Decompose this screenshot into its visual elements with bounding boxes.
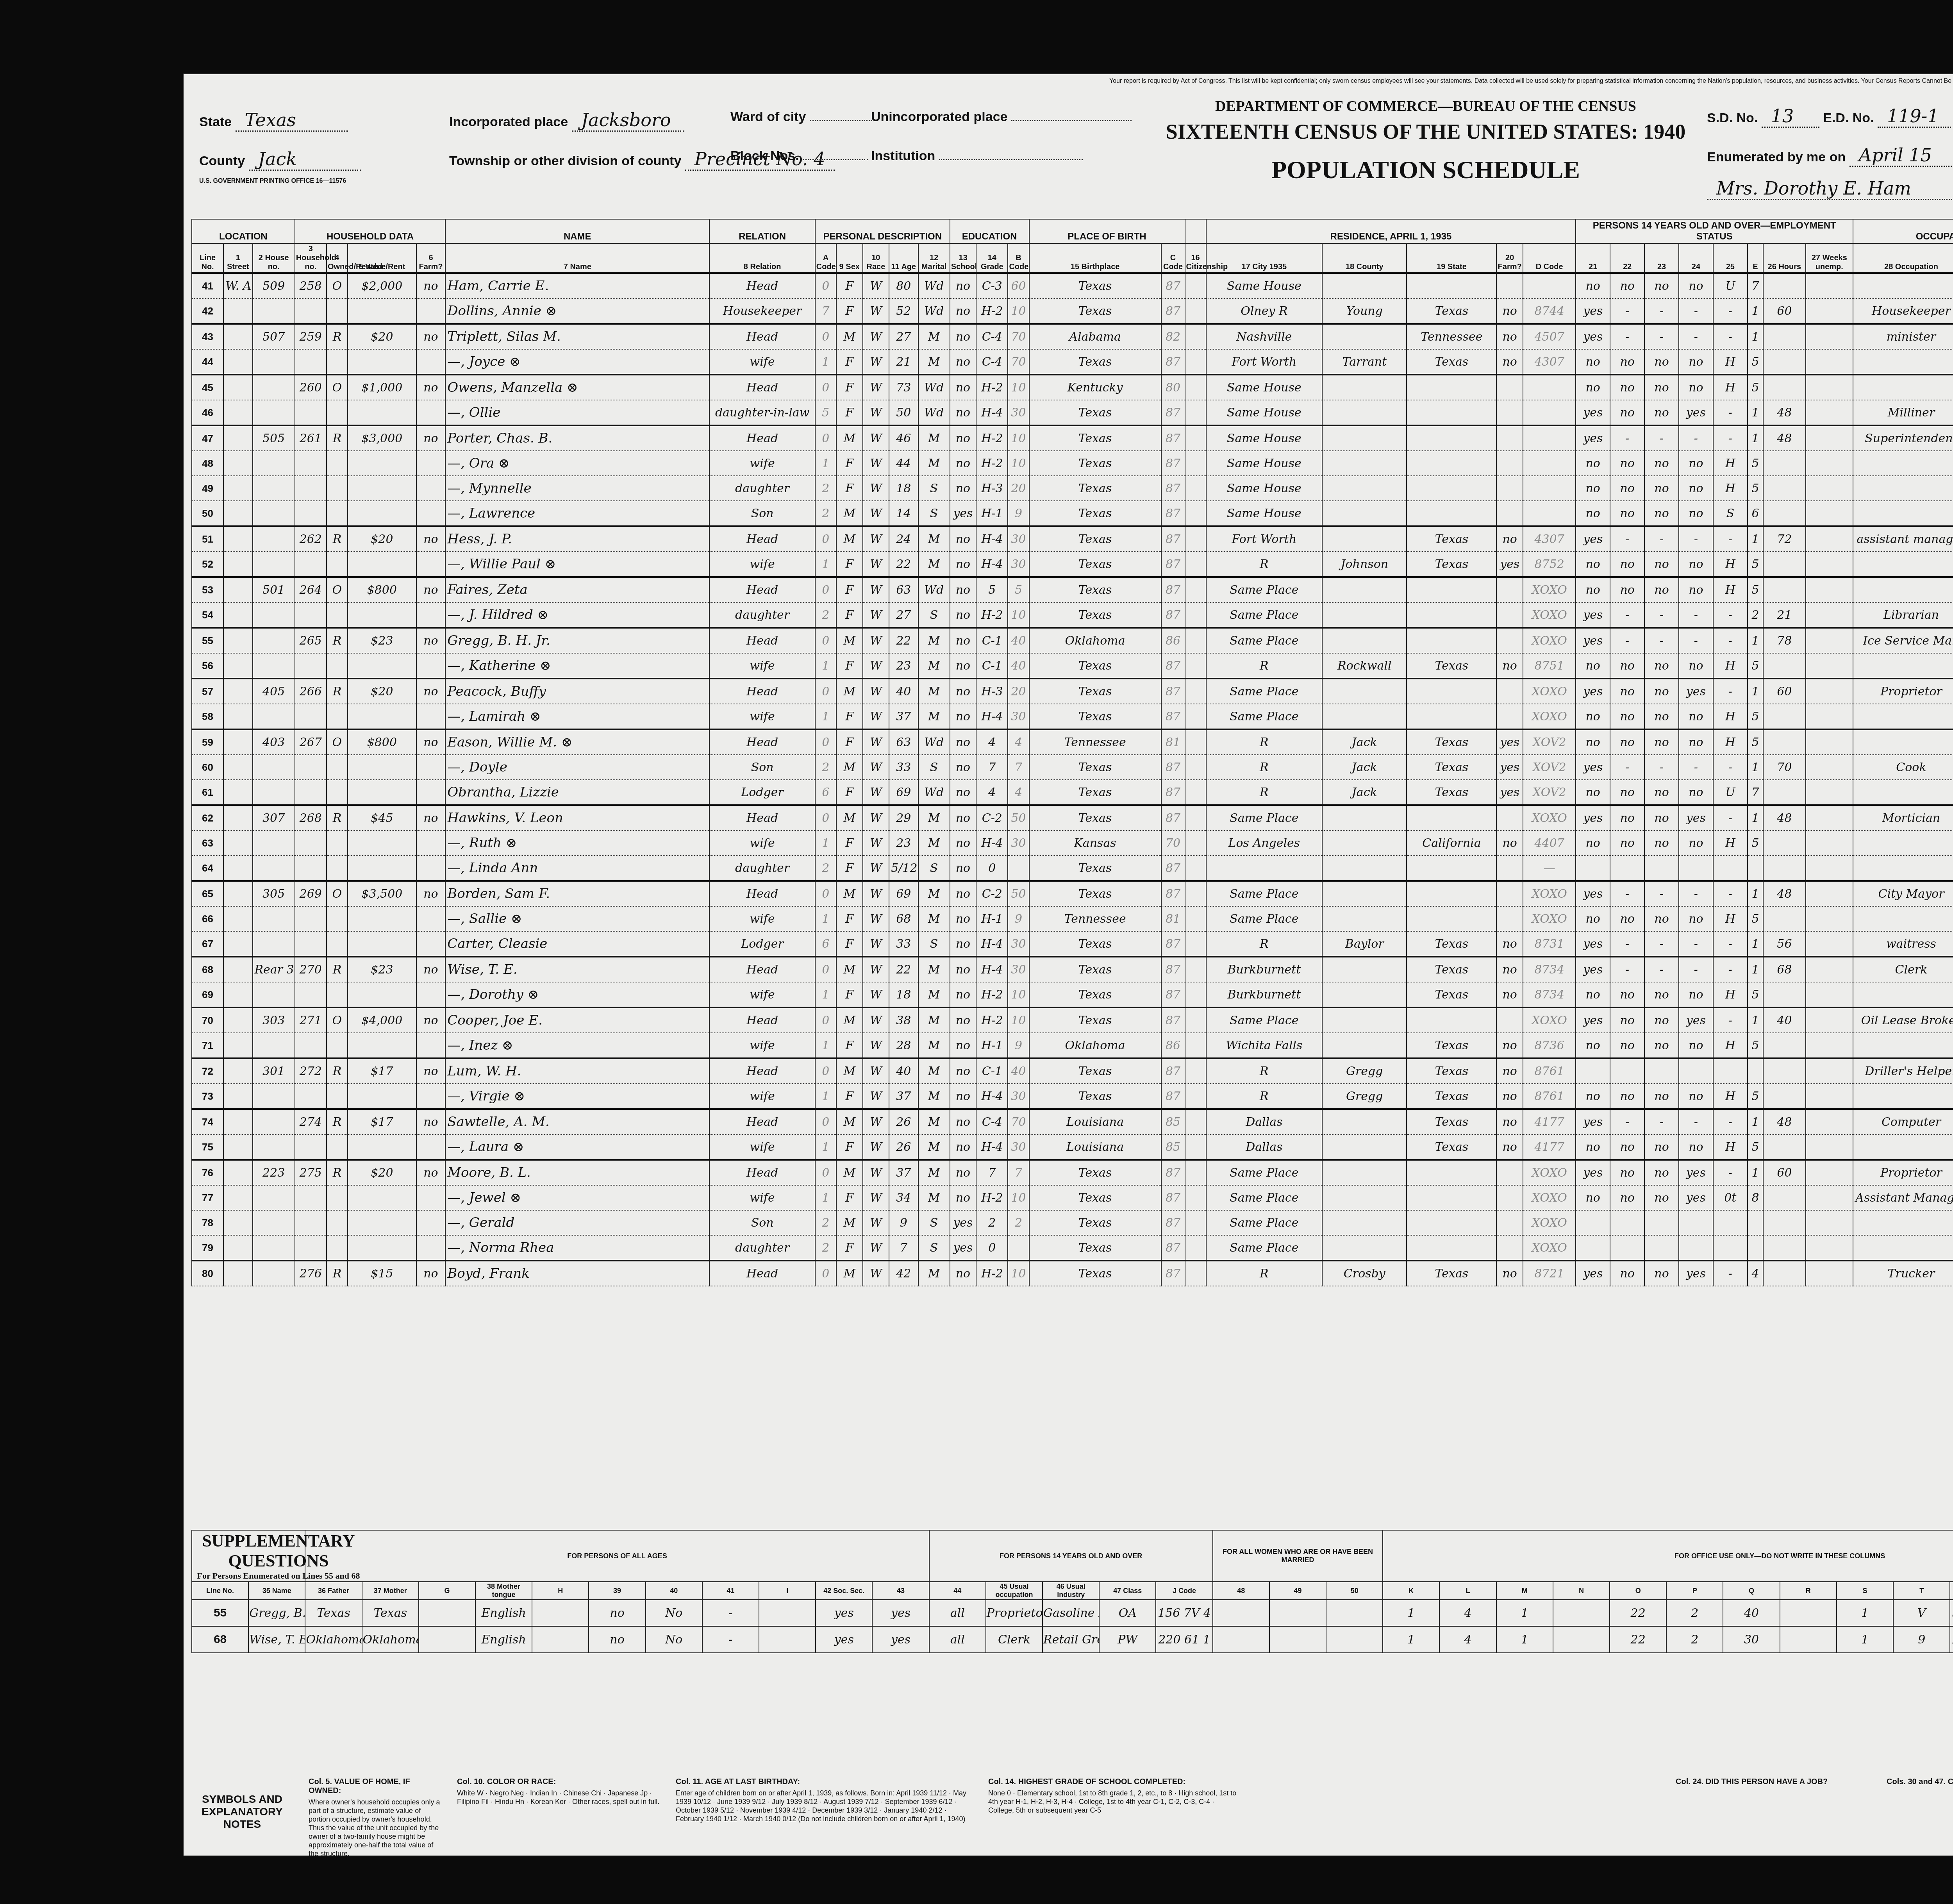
table-row: 69—, Dorothy ⊗wife1FW18MnoH-210Texas87Bu… bbox=[192, 982, 1953, 1007]
cell-name: —, Dorothy ⊗ bbox=[445, 982, 709, 1007]
cell-house bbox=[253, 755, 295, 780]
cell-d: XOXO bbox=[1523, 906, 1576, 931]
cell-grade: H-4 bbox=[976, 831, 1008, 856]
cell-a: 6 bbox=[815, 931, 836, 957]
cell-line: 43 bbox=[192, 324, 223, 349]
cell-house: 405 bbox=[253, 679, 295, 704]
cell-age: 18 bbox=[889, 476, 918, 501]
cell-street bbox=[223, 704, 252, 729]
cell-race: W bbox=[863, 501, 889, 526]
cell-c22: no bbox=[1610, 831, 1644, 856]
cell-d: 8761 bbox=[1523, 1084, 1576, 1109]
cell-county bbox=[1322, 628, 1407, 653]
cell-d: 4307 bbox=[1523, 349, 1576, 375]
cell-rfarm: no bbox=[1496, 324, 1523, 349]
cell-res: Wichita Falls bbox=[1206, 1033, 1323, 1058]
cell-c23: - bbox=[1644, 602, 1679, 628]
supp-cell-k: 1 bbox=[1383, 1626, 1439, 1653]
cell-own: R bbox=[327, 526, 348, 552]
cell-sch: no bbox=[950, 324, 976, 349]
cell-c21: no bbox=[1576, 273, 1610, 298]
cell-d: XOXO bbox=[1523, 628, 1576, 653]
cell-sch: no bbox=[950, 400, 976, 425]
cell-sch: no bbox=[950, 1185, 976, 1210]
cell-farm bbox=[416, 755, 445, 780]
cell-cit bbox=[1185, 1185, 1206, 1210]
cell-own: R bbox=[327, 1109, 348, 1134]
cell-sch: no bbox=[950, 1109, 976, 1134]
supp-column-header: 45 Usual occupation bbox=[986, 1582, 1043, 1600]
cell-c24: no bbox=[1679, 831, 1713, 856]
cell-sex: M bbox=[836, 501, 863, 526]
cell-c23: - bbox=[1644, 1109, 1679, 1134]
cell-house bbox=[253, 1185, 295, 1210]
cell-b: 70 bbox=[1008, 1109, 1029, 1134]
cell-d: XOXO bbox=[1523, 805, 1576, 831]
cell-c25: H bbox=[1713, 577, 1748, 602]
supp-cell-l: 4 bbox=[1439, 1626, 1496, 1653]
cell-state: Texas bbox=[1407, 931, 1496, 957]
cell-d bbox=[1523, 501, 1576, 526]
cell-wks bbox=[1806, 375, 1853, 400]
cell-rfarm: no bbox=[1496, 349, 1523, 375]
cell-own bbox=[327, 1210, 348, 1235]
cell-rel: wife bbox=[709, 552, 815, 577]
cell-e: 5 bbox=[1748, 1033, 1764, 1058]
cell-e: 1 bbox=[1748, 628, 1764, 653]
cell-rfarm: no bbox=[1496, 298, 1523, 324]
cell-c: 87 bbox=[1161, 451, 1185, 476]
cell-hh bbox=[295, 653, 327, 679]
cell-race: W bbox=[863, 298, 889, 324]
cell-occ bbox=[1853, 1134, 1953, 1160]
cell-birth: Texas bbox=[1029, 602, 1161, 628]
cell-sex: F bbox=[836, 729, 863, 755]
cell-c21 bbox=[1576, 856, 1610, 881]
cell-line: 54 bbox=[192, 602, 223, 628]
cell-birth: Tennessee bbox=[1029, 906, 1161, 931]
cell-race: W bbox=[863, 602, 889, 628]
cell-wks bbox=[1806, 628, 1853, 653]
cell-e: 1 bbox=[1748, 298, 1764, 324]
cell-c25: H bbox=[1713, 552, 1748, 577]
cell-street bbox=[223, 1109, 252, 1134]
supp-cell-h bbox=[532, 1626, 589, 1653]
note-col10: Col. 10. COLOR OR RACE:White W · Negro N… bbox=[457, 1777, 660, 1806]
cell-c25: - bbox=[1713, 602, 1748, 628]
cell-rel: Head bbox=[709, 679, 815, 704]
cell-street bbox=[223, 679, 252, 704]
cell-c25: 0t bbox=[1713, 1185, 1748, 1210]
cell-hh bbox=[295, 982, 327, 1007]
cell-sch: no bbox=[950, 602, 976, 628]
cell-d: 4177 bbox=[1523, 1109, 1576, 1134]
cell-c23: - bbox=[1644, 324, 1679, 349]
group-personal: PERSONAL DESCRIPTION bbox=[815, 219, 950, 243]
cell-value bbox=[348, 982, 416, 1007]
cell-c: 87 bbox=[1161, 298, 1185, 324]
cell-house bbox=[253, 298, 295, 324]
cell-c: 82 bbox=[1161, 324, 1185, 349]
cell-own bbox=[327, 400, 348, 425]
cell-name: —, Joyce ⊗ bbox=[445, 349, 709, 375]
cell-own bbox=[327, 704, 348, 729]
cell-county bbox=[1322, 375, 1407, 400]
cell-wks bbox=[1806, 1235, 1853, 1261]
cell-rel: daughter bbox=[709, 602, 815, 628]
cell-cit bbox=[1185, 1033, 1206, 1058]
county-value: Jack bbox=[249, 148, 361, 171]
supp-cell-t: V bbox=[1893, 1600, 1950, 1626]
supp-cell-m: 1 bbox=[1496, 1626, 1553, 1653]
table-row: 49—, Mynnelledaughter2FW18SnoH-320Texas8… bbox=[192, 476, 1953, 501]
cell-state: Texas bbox=[1407, 298, 1496, 324]
cell-c25: - bbox=[1713, 1261, 1748, 1286]
cell-c23: - bbox=[1644, 881, 1679, 906]
cell-sch: no bbox=[950, 805, 976, 831]
cell-e: 5 bbox=[1748, 831, 1764, 856]
cell-b: 30 bbox=[1008, 1084, 1029, 1109]
supp-cell-c50 bbox=[1326, 1600, 1383, 1626]
cell-a: 1 bbox=[815, 552, 836, 577]
cell-grade: H-2 bbox=[976, 1185, 1008, 1210]
cell-d: XOXO bbox=[1523, 1235, 1576, 1261]
cell-own bbox=[327, 906, 348, 931]
cell-c25: H bbox=[1713, 451, 1748, 476]
cell-e bbox=[1748, 1058, 1764, 1084]
cell-sex: M bbox=[836, 881, 863, 906]
supplementary-columns: Line No.35 Name36 Father37 MotherG38 Mot… bbox=[192, 1582, 1953, 1600]
cell-sch: no bbox=[950, 831, 976, 856]
cell-c23: no bbox=[1644, 400, 1679, 425]
cell-race: W bbox=[863, 577, 889, 602]
cell-d bbox=[1523, 400, 1576, 425]
cell-cit bbox=[1185, 856, 1206, 881]
cell-cit bbox=[1185, 780, 1206, 805]
cell-value: $1,000 bbox=[348, 375, 416, 400]
cell-c24 bbox=[1679, 1235, 1713, 1261]
cell-house: Rear 305 bbox=[253, 957, 295, 982]
cell-own bbox=[327, 1033, 348, 1058]
cell-grade: H-4 bbox=[976, 526, 1008, 552]
cell-c23: - bbox=[1644, 628, 1679, 653]
cell-house: 507 bbox=[253, 324, 295, 349]
cell-wks bbox=[1806, 1261, 1853, 1286]
cell-age: 22 bbox=[889, 552, 918, 577]
cell-c21: yes bbox=[1576, 324, 1610, 349]
cell-house bbox=[253, 501, 295, 526]
cell-house bbox=[253, 526, 295, 552]
cell-b: 9 bbox=[1008, 906, 1029, 931]
cell-value: $20 bbox=[348, 1160, 416, 1185]
cell-birth: Texas bbox=[1029, 501, 1161, 526]
cell-a: 2 bbox=[815, 856, 836, 881]
cell-c24: - bbox=[1679, 957, 1713, 982]
cell-line: 63 bbox=[192, 831, 223, 856]
cell-c22 bbox=[1610, 1058, 1644, 1084]
cell-e: 5 bbox=[1748, 375, 1764, 400]
cell-c: 87 bbox=[1161, 526, 1185, 552]
table-row: 80276R$15noBoyd, FrankHead0MW42MnoH-210T… bbox=[192, 1261, 1953, 1286]
cell-street bbox=[223, 577, 252, 602]
cell-state: Texas bbox=[1407, 957, 1496, 982]
cell-cit bbox=[1185, 349, 1206, 375]
cell-sex: F bbox=[836, 856, 863, 881]
cell-e: 1 bbox=[1748, 755, 1764, 780]
table-row: 56—, Katherine ⊗wife1FW23MnoC-140Texas87… bbox=[192, 653, 1953, 679]
supp-cell-c41: - bbox=[702, 1600, 759, 1626]
cell-grade: H-4 bbox=[976, 1134, 1008, 1160]
cell-hh bbox=[295, 931, 327, 957]
cell-birth: Texas bbox=[1029, 298, 1161, 324]
cell-e: 8 bbox=[1748, 1185, 1764, 1210]
cell-house bbox=[253, 375, 295, 400]
cell-a: 2 bbox=[815, 476, 836, 501]
cell-own: R bbox=[327, 324, 348, 349]
cell-street bbox=[223, 1160, 252, 1185]
cell-mar: M bbox=[918, 805, 950, 831]
cell-age: 7 bbox=[889, 1235, 918, 1261]
cell-farm: no bbox=[416, 273, 445, 298]
cell-name: Triplett, Silas M. bbox=[445, 324, 709, 349]
cell-race: W bbox=[863, 400, 889, 425]
cell-d: — bbox=[1523, 856, 1576, 881]
cell-c23: no bbox=[1644, 349, 1679, 375]
cell-c23: - bbox=[1644, 957, 1679, 982]
supp-column-header: P bbox=[1666, 1582, 1723, 1600]
cell-name: —, Willie Paul ⊗ bbox=[445, 552, 709, 577]
cell-line: 68 bbox=[192, 957, 223, 982]
cell-res: Same Place bbox=[1206, 1210, 1323, 1235]
sheet-header: Your report is required by Act of Congre… bbox=[184, 74, 1953, 219]
cell-c: 87 bbox=[1161, 755, 1185, 780]
supp-column-header: U bbox=[1950, 1582, 1953, 1600]
cell-age: 73 bbox=[889, 375, 918, 400]
cell-occ bbox=[1853, 552, 1953, 577]
cell-c22: no bbox=[1610, 1185, 1644, 1210]
cell-state bbox=[1407, 679, 1496, 704]
cell-rel: wife bbox=[709, 982, 815, 1007]
cell-a: 2 bbox=[815, 602, 836, 628]
cell-b: 60 bbox=[1008, 273, 1029, 298]
group-location: LOCATION bbox=[192, 219, 295, 243]
cell-sex: F bbox=[836, 1134, 863, 1160]
cell-race: W bbox=[863, 653, 889, 679]
cell-hh bbox=[295, 1134, 327, 1160]
cell-e: 5 bbox=[1748, 577, 1764, 602]
cell-c24: - bbox=[1679, 324, 1713, 349]
cell-c23: no bbox=[1644, 1007, 1679, 1033]
cell-street bbox=[223, 1261, 252, 1286]
cell-name: Obrantha, Lizzie bbox=[445, 780, 709, 805]
cell-mar: M bbox=[918, 1058, 950, 1084]
supp-column-header: Q bbox=[1723, 1582, 1780, 1600]
cell-c: 87 bbox=[1161, 425, 1185, 451]
cell-occ: Assistant Manager bbox=[1853, 1185, 1953, 1210]
supplementary-rows: 55Gregg, B. H. Jr.TexasTexasEnglishnoNo-… bbox=[192, 1600, 1953, 1653]
cell-sex: F bbox=[836, 931, 863, 957]
cell-cit bbox=[1185, 1058, 1206, 1084]
incorporated-place-value: Jacksboro bbox=[572, 109, 684, 132]
cell-c: 80 bbox=[1161, 375, 1185, 400]
cell-line: 53 bbox=[192, 577, 223, 602]
cell-grade: H-2 bbox=[976, 1261, 1008, 1286]
cell-c: 87 bbox=[1161, 931, 1185, 957]
cell-rel: daughter bbox=[709, 856, 815, 881]
cell-grade: H-4 bbox=[976, 931, 1008, 957]
cell-county bbox=[1322, 273, 1407, 298]
cell-b: 4 bbox=[1008, 780, 1029, 805]
cell-d bbox=[1523, 476, 1576, 501]
cell-rfarm: yes bbox=[1496, 729, 1523, 755]
cell-birth: Texas bbox=[1029, 526, 1161, 552]
cell-a: 0 bbox=[815, 1109, 836, 1134]
cell-b: 10 bbox=[1008, 375, 1029, 400]
supp-cell-occ: Clerk bbox=[986, 1626, 1043, 1653]
cell-county: Young bbox=[1322, 298, 1407, 324]
supp-column-header: 43 bbox=[872, 1582, 929, 1600]
cell-wks bbox=[1806, 957, 1853, 982]
cell-b: 70 bbox=[1008, 324, 1029, 349]
cell-farm: no bbox=[416, 526, 445, 552]
cell-rfarm bbox=[1496, 451, 1523, 476]
cell-value: $17 bbox=[348, 1109, 416, 1134]
cell-e: 4 bbox=[1748, 1261, 1764, 1286]
explanatory-notes: SYMBOLS AND EXPLANATORY NOTES Col. 5. VA… bbox=[191, 1777, 1953, 1844]
cell-rel: Head bbox=[709, 324, 815, 349]
cell-sex: M bbox=[836, 755, 863, 780]
supp-cell-j: 220 61 1 bbox=[1156, 1626, 1212, 1653]
cell-e: 5 bbox=[1748, 906, 1764, 931]
cell-own bbox=[327, 349, 348, 375]
cell-county bbox=[1322, 602, 1407, 628]
census-title: SIXTEENTH CENSUS OF THE UNITED STATES: 1… bbox=[1133, 120, 1719, 144]
cell-street bbox=[223, 982, 252, 1007]
cell-c24: yes bbox=[1679, 805, 1713, 831]
cell-street: W. Archer bbox=[223, 273, 252, 298]
cell-value bbox=[348, 653, 416, 679]
incorporated-place-field: Incorporated place Jacksboro bbox=[449, 109, 684, 132]
cell-value bbox=[348, 602, 416, 628]
cell-cit bbox=[1185, 324, 1206, 349]
cell-hrs: 48 bbox=[1763, 881, 1805, 906]
supp-cell-p: 2 bbox=[1666, 1600, 1723, 1626]
cell-rel: Head bbox=[709, 273, 815, 298]
supp-cell-c42: yes bbox=[816, 1600, 872, 1626]
cell-own: R bbox=[327, 957, 348, 982]
cell-wks bbox=[1806, 931, 1853, 957]
cell-age: 63 bbox=[889, 577, 918, 602]
cell-rfarm: no bbox=[1496, 982, 1523, 1007]
cell-d: XOXO bbox=[1523, 1210, 1576, 1235]
cell-house: 301 bbox=[253, 1058, 295, 1084]
cell-rfarm bbox=[1496, 273, 1523, 298]
cell-c24: yes bbox=[1679, 679, 1713, 704]
cell-rel: wife bbox=[709, 1084, 815, 1109]
supp-cell-mother: Oklahoma bbox=[362, 1626, 419, 1653]
cell-e: 5 bbox=[1748, 704, 1764, 729]
cell-sex: F bbox=[836, 831, 863, 856]
cell-grade: C-4 bbox=[976, 349, 1008, 375]
cell-c23: no bbox=[1644, 451, 1679, 476]
cell-farm bbox=[416, 501, 445, 526]
cell-hrs bbox=[1763, 451, 1805, 476]
cell-c22: no bbox=[1610, 704, 1644, 729]
cell-c24: no bbox=[1679, 1134, 1713, 1160]
cell-street bbox=[223, 349, 252, 375]
cell-hrs: 40 bbox=[1763, 1007, 1805, 1033]
table-row: 60—, DoyleSon2MW33Sno77Texas87RJackTexas… bbox=[192, 755, 1953, 780]
cell-c21: yes bbox=[1576, 1160, 1610, 1185]
cell-age: 29 bbox=[889, 805, 918, 831]
cell-mar: M bbox=[918, 653, 950, 679]
cell-county bbox=[1322, 324, 1407, 349]
cell-hrs bbox=[1763, 273, 1805, 298]
cell-birth: Texas bbox=[1029, 1084, 1161, 1109]
cell-cit bbox=[1185, 957, 1206, 982]
cell-rfarm bbox=[1496, 400, 1523, 425]
cell-c22: - bbox=[1610, 957, 1644, 982]
cell-e: 1 bbox=[1748, 805, 1764, 831]
cell-line: 66 bbox=[192, 906, 223, 931]
cell-state bbox=[1407, 805, 1496, 831]
cell-county bbox=[1322, 476, 1407, 501]
cell-res: Same House bbox=[1206, 273, 1323, 298]
cell-mar: Wd bbox=[918, 729, 950, 755]
cell-rfarm: no bbox=[1496, 931, 1523, 957]
cell-grade: H-1 bbox=[976, 1033, 1008, 1058]
cell-d: 8744 bbox=[1523, 298, 1576, 324]
cell-c21 bbox=[1576, 1058, 1610, 1084]
table-row: 41W. Archer509258O$2,000noHam, Carrie E.… bbox=[192, 273, 1953, 298]
cell-sex: F bbox=[836, 577, 863, 602]
cell-wks bbox=[1806, 552, 1853, 577]
cell-a: 0 bbox=[815, 324, 836, 349]
cell-cit bbox=[1185, 1134, 1206, 1160]
supp-cell-c44: all bbox=[929, 1626, 986, 1653]
group-citizenship bbox=[1185, 219, 1206, 243]
cell-c25: U bbox=[1713, 273, 1748, 298]
cell-name: Moore, B. L. bbox=[445, 1160, 709, 1185]
cell-c25: H bbox=[1713, 375, 1748, 400]
cell-state bbox=[1407, 628, 1496, 653]
supp-cell-q: 30 bbox=[1723, 1626, 1780, 1653]
cell-c22: no bbox=[1610, 1033, 1644, 1058]
cell-hh bbox=[295, 780, 327, 805]
cell-rel: daughter bbox=[709, 1235, 815, 1261]
cell-a: 1 bbox=[815, 451, 836, 476]
cell-c21: yes bbox=[1576, 881, 1610, 906]
cell-wks bbox=[1806, 602, 1853, 628]
cell-grade: C-3 bbox=[976, 273, 1008, 298]
cell-birth: Texas bbox=[1029, 1058, 1161, 1084]
cell-house: 403 bbox=[253, 729, 295, 755]
cell-county bbox=[1322, 1160, 1407, 1185]
cell-county bbox=[1322, 856, 1407, 881]
cell-value bbox=[348, 831, 416, 856]
cell-rfarm bbox=[1496, 375, 1523, 400]
cell-sex: F bbox=[836, 1033, 863, 1058]
cell-birth: Oklahoma bbox=[1029, 628, 1161, 653]
cell-a: 1 bbox=[815, 982, 836, 1007]
cell-county bbox=[1322, 1185, 1407, 1210]
cell-hh bbox=[295, 400, 327, 425]
cell-rel: Son bbox=[709, 1210, 815, 1235]
cell-street bbox=[223, 602, 252, 628]
cell-hrs: 56 bbox=[1763, 931, 1805, 957]
cell-hrs bbox=[1763, 1210, 1805, 1235]
table-row: 57405266R$20noPeacock, BuffyHead0MW40Mno… bbox=[192, 679, 1953, 704]
